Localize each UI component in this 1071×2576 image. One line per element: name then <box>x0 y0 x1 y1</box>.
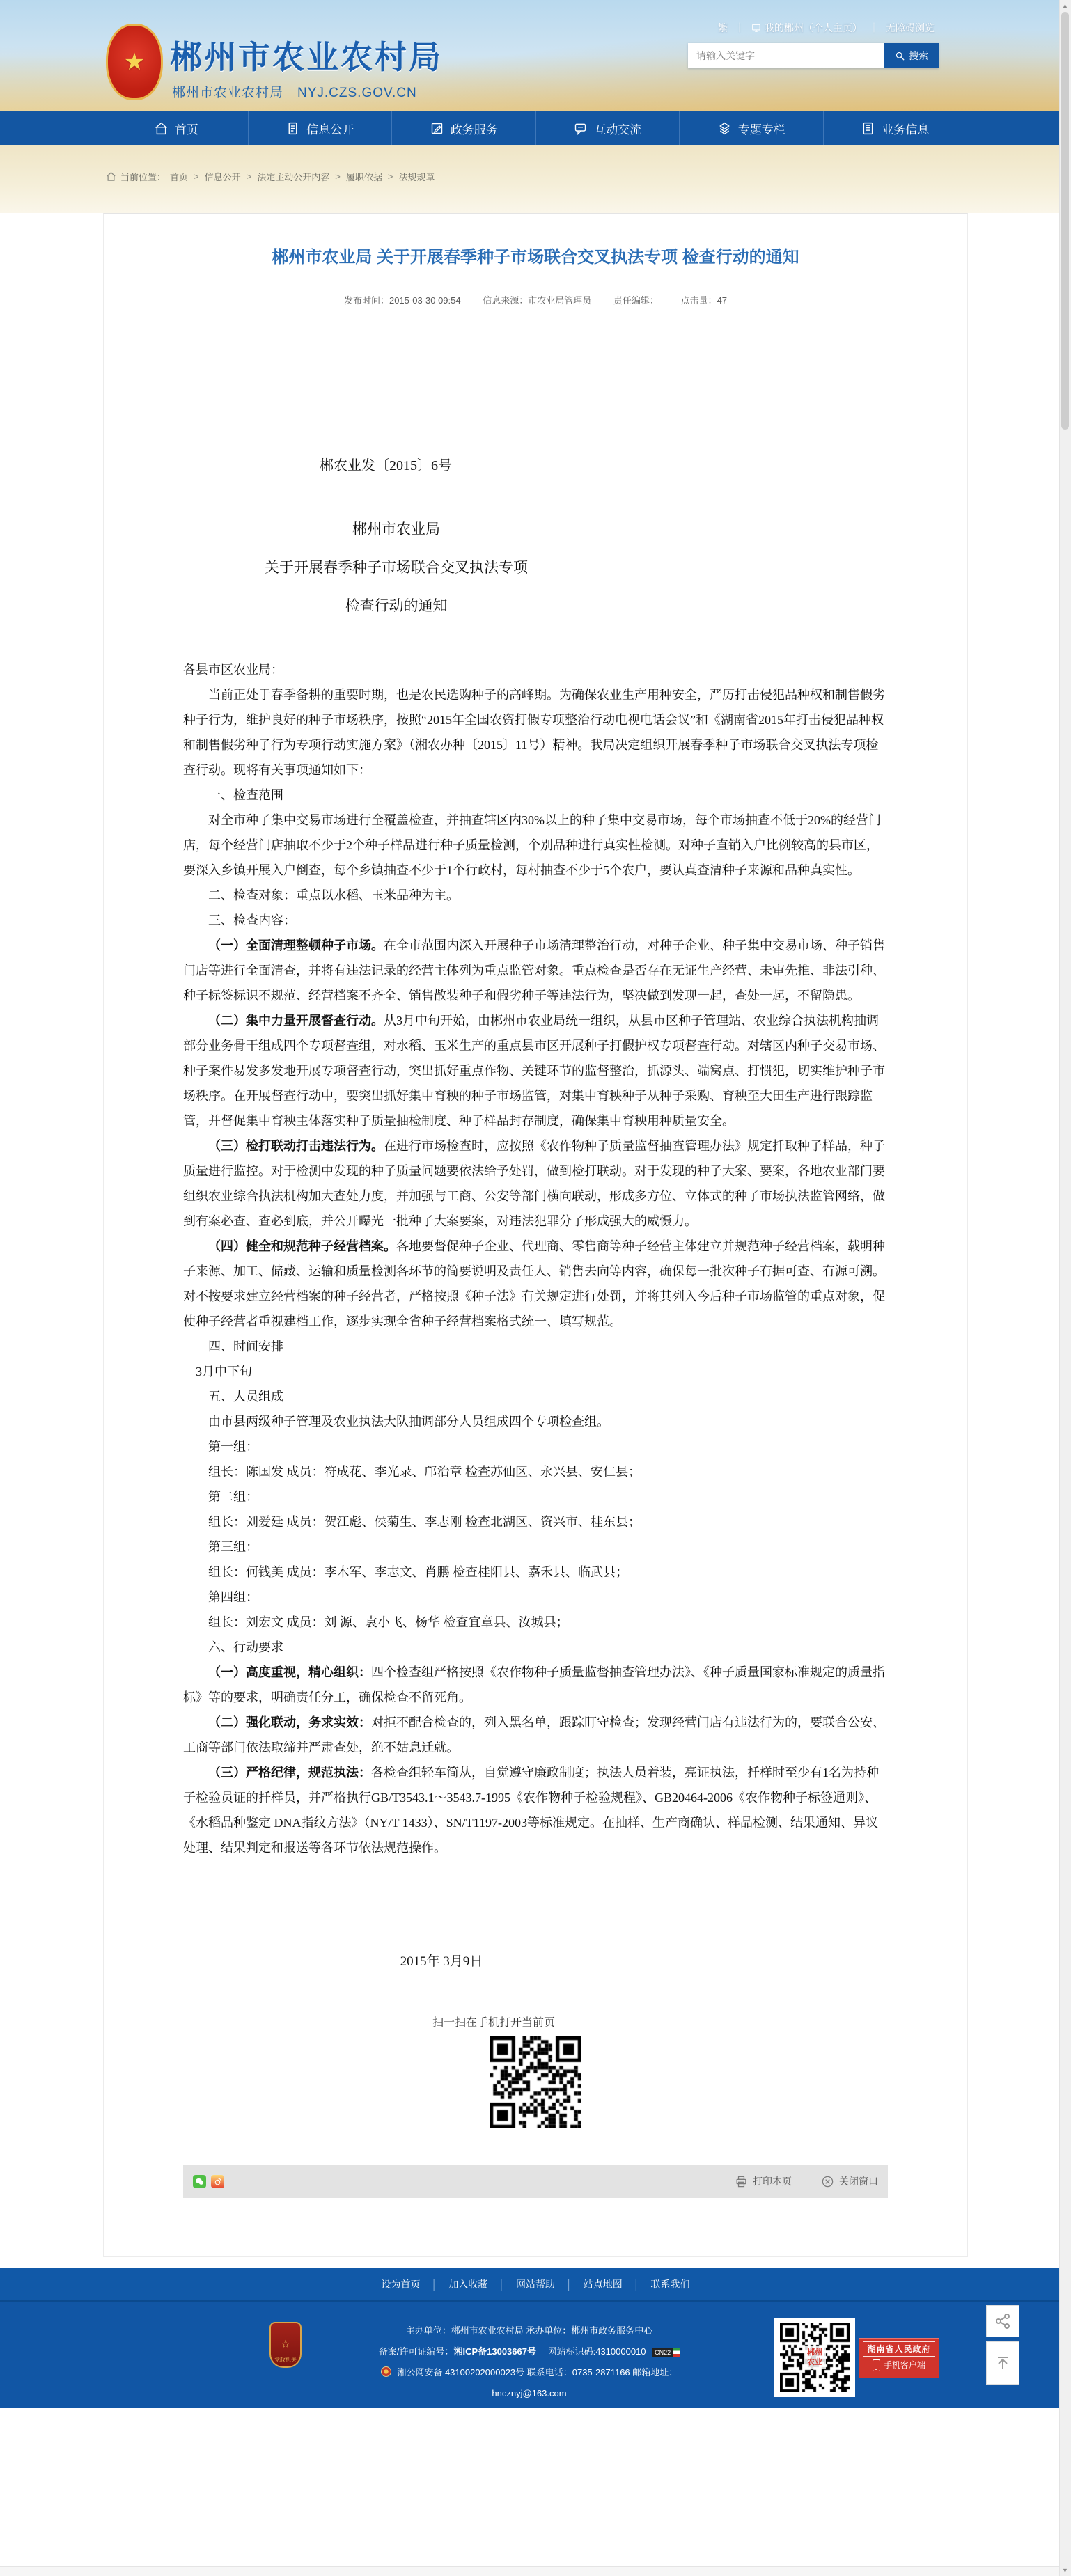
page: ★ 郴州市农业农村局 郴州市农业农村局 NYJ.CZS.GOV.CN 繁｜我的郴… <box>0 0 1071 2576</box>
nav-item-label: 信息公开 <box>306 120 354 137</box>
doc-paragraph: 三、检查内容： <box>183 908 888 933</box>
document-title-line: 郴州市农业局 <box>183 510 609 549</box>
badge-star-icon: ☆ <box>281 2339 290 2350</box>
icp-number[interactable]: 湘ICP备13003667号 <box>453 2346 536 2357</box>
site-code: 网站标识码:4310000010 <box>548 2346 646 2357</box>
top-link[interactable]: 无障碍浏览 <box>886 21 935 35</box>
home-icon <box>106 171 116 182</box>
footer-icp-line: 备案/许可证编号：湘ICP备13003667号 网站标识码:4310000010… <box>292 2341 766 2362</box>
doc-paragraph: （三）严格纪律，规范执法：各检查组轻车简从，自觉遵守廉政制度；执法人员着装，亮证… <box>183 1760 888 1860</box>
doc-paragraph: 第三组： <box>183 1534 888 1560</box>
footer-organizer-line: 主办单位：郴州市农业农村局 承办单位：郴州市政务服务中心 <box>292 2320 766 2341</box>
top-link[interactable]: 我的郴州（个人主页） <box>751 21 862 35</box>
breadcrumb-strip: 当前位置：首页>信息公开>法定主动公开内容>履职依据>法规规章 <box>0 145 1071 213</box>
doc-paragraph: 一、检查范围 <box>183 783 888 808</box>
top-link-label: 无障碍浏览 <box>886 21 935 35</box>
info-source: 信息来源：市农业局管理员 <box>483 295 591 306</box>
title-divider <box>122 322 949 322</box>
breadcrumb-separator: > <box>335 171 341 182</box>
footer-link[interactable]: 设为首页 <box>382 2277 421 2291</box>
floating-buttons <box>986 2305 1019 2389</box>
public-security-icon <box>381 2366 391 2377</box>
breadcrumb-item[interactable]: 信息公开 <box>205 170 241 183</box>
article-title: 郴州市农业局 关于开展春季种子市场联合交叉执法专项 检查行动的通知 <box>183 246 888 269</box>
scrollbar-thumb[interactable] <box>1061 12 1069 430</box>
search-icon <box>895 51 905 61</box>
doc-paragraph: 组长：何钱美 成员：李木军、李志文、肖鹏 检查桂阳县、嘉禾县、临武县； <box>183 1560 888 1585</box>
scroll-up-arrow[interactable]: ▲ <box>1060 0 1070 11</box>
footer-qr-code: 郴州农业 <box>774 2318 855 2397</box>
nav-item-label: 政务服务 <box>451 120 498 137</box>
home-icon <box>154 121 169 136</box>
paragraph-lead: （二）强化联动，务求实效： <box>208 1715 371 1729</box>
paragraph-lead: （三）检打联动打击违法行为。 <box>208 1139 384 1153</box>
nav-item-互动交流[interactable]: 互动交流 <box>535 111 680 145</box>
nav-item-label: 专题专栏 <box>738 120 785 137</box>
document-title-block: 郴州市农业局关于开展春季种子市场联合交叉执法专项检查行动的通知 <box>183 510 609 625</box>
nav-item-政务服务[interactable]: 政务服务 <box>391 111 535 145</box>
pencil-icon <box>430 121 444 136</box>
paragraph-lead: （一）全面清理整顿种子市场。 <box>208 938 384 952</box>
footer-link-separator: │ <box>634 2279 640 2290</box>
document-number: 郴农业发〔2015〕6号 <box>183 453 588 478</box>
doc-paragraph: 各县市区农业局： <box>183 657 888 682</box>
search-bar: 搜索 <box>688 43 939 68</box>
doc-paragraph: （四）健全和规范种子经营档案。各地要督促种子企业、代理商、零售商等种子经营主体建… <box>183 1234 888 1334</box>
top-link[interactable]: 繁 <box>718 21 728 35</box>
close-icon <box>821 2175 834 2188</box>
breadcrumb-item[interactable]: 法定主动公开内容 <box>257 170 329 183</box>
content-card: 郴州市农业局 关于开展春季种子市场联合交叉执法专项 检查行动的通知 发布时间：2… <box>103 213 968 2257</box>
document-title-line: 检查行动的通知 <box>183 587 609 625</box>
qr-seal-text: 郴州农业 <box>804 2346 826 2369</box>
breadcrumb-separator: > <box>388 171 393 182</box>
main-nav: 首页信息公开政务服务互动交流专题专栏业务信息 <box>0 111 1071 145</box>
nav-item-信息公开[interactable]: 信息公开 <box>248 111 392 145</box>
doc-paragraph: 组长：陈国发 成员：符成花、李光录、邝治章 检查苏仙区、永兴县、安仁县； <box>183 1459 888 1484</box>
publish-time: 发布时间：2015-03-30 09:54 <box>344 295 461 306</box>
footer-link-separator: │ <box>499 2279 505 2290</box>
mobile-client-label: 手机客户端 <box>884 2357 925 2373</box>
arrow-up-icon <box>994 2355 1011 2371</box>
top-link-label: 繁 <box>718 21 728 35</box>
chat-icon <box>573 121 588 136</box>
document-title-line: 关于开展春季种子市场联合交叉执法专项 <box>183 549 609 587</box>
national-emblem-logo: ★ <box>106 24 163 100</box>
header-top-links: 繁｜我的郴州（个人主页）｜无障碍浏览 <box>718 21 935 35</box>
hit-count: 点击量：47 <box>681 295 727 306</box>
search-button[interactable]: 搜索 <box>884 43 939 68</box>
footer-link[interactable]: 网站帮助 <box>516 2277 555 2291</box>
doc-paragraph: 第一组： <box>183 1434 888 1459</box>
doc-paragraph: 由市县两级种子管理及农业执法大队抽调部分人员组成四个专项检查组。 <box>183 1409 888 1434</box>
back-to-top-button[interactable] <box>986 2341 1019 2385</box>
search-button-label: 搜索 <box>909 49 928 63</box>
nav-item-业务信息[interactable]: 业务信息 <box>823 111 967 145</box>
printer-icon <box>735 2175 748 2188</box>
doc-paragraph: 第二组： <box>183 1484 888 1509</box>
breadcrumb: 当前位置：首页>信息公开>法定主动公开内容>履职依据>法规规章 <box>0 145 1071 183</box>
paragraph-lead: （二）集中力量开展督查行动。 <box>208 1014 384 1028</box>
document: 郴农业发〔2015〕6号 郴州市农业局关于开展春季种子市场联合交叉执法专项检查行… <box>183 453 888 1974</box>
top-link-label: 我的郴州（个人主页） <box>765 21 862 35</box>
site-title: 郴州市农业农村局 <box>170 32 443 78</box>
footer-link[interactable]: 联系我们 <box>651 2277 690 2291</box>
document-body: 各县市区农业局：当前正处于春季备耕的重要时期，也是农民选购种子的高峰期。为确保农… <box>183 657 888 1860</box>
footer-security-line: 湘公网安备 43100202000023号 联系电话：0735-2871166 … <box>292 2362 766 2383</box>
nav-item-label: 首页 <box>175 120 198 137</box>
footer-email[interactable]: hncznyj@163.com <box>292 2383 766 2404</box>
doc-paragraph: 四、时间安排 <box>183 1334 888 1359</box>
footer-link[interactable]: 站点地图 <box>584 2277 623 2291</box>
close-window-button[interactable]: 关闭窗口 <box>821 2174 878 2188</box>
monitor-icon <box>751 23 761 33</box>
wechat-share-icon[interactable] <box>193 2175 206 2188</box>
footer-link[interactable]: 加入收藏 <box>448 2277 487 2291</box>
weibo-share-icon[interactable] <box>211 2175 224 2188</box>
breadcrumb-item[interactable]: 履职依据 <box>346 170 382 183</box>
toolbar-actions: 打印本页 关闭窗口 <box>735 2174 878 2188</box>
footer-info: 主办单位：郴州市农业农村局 承办单位：郴州市政务服务中心 备案/许可证编号：湘I… <box>292 2320 766 2404</box>
document-icon <box>286 121 300 136</box>
scroll-down-arrow[interactable]: ▼ <box>1060 2565 1070 2576</box>
hunan-gov-label: 湖南省人民政府 <box>863 2341 935 2357</box>
top-link-separator: ｜ <box>735 21 744 35</box>
paragraph-lead: （三）严格纪律，规范执法： <box>208 1766 371 1780</box>
emblem-star-icon: ★ <box>124 50 145 74</box>
doc-paragraph: 六、行动要求 <box>183 1635 888 1660</box>
share-nodes-icon <box>994 2313 1011 2330</box>
top-link-separator: ｜ <box>869 21 879 35</box>
mobile-client-badge[interactable]: 湖南省人民政府 手机客户端 <box>859 2338 939 2378</box>
doc-paragraph: （一）全面清理整顿种子市场。在全市范围内深入开展种子市场清理整治行动，对种子企业… <box>183 933 888 1008</box>
breadcrumb-item: 法规规章 <box>398 170 435 183</box>
doc-paragraph: 二、检查对象：重点以水稻、玉米品种为主。 <box>183 883 888 908</box>
footer-links-bar: 设为首页│加入收藏│网站帮助│站点地图│联系我们 <box>0 2268 1071 2300</box>
doc-paragraph: 五、人员组成 <box>183 1384 888 1409</box>
nav-item-首页[interactable]: 首页 <box>104 111 248 145</box>
doc-paragraph: 组长：刘宏文 成员：刘 源、袁小飞、杨华 检查宜章县、汝城县； <box>183 1610 888 1635</box>
paragraph-lead: （四）健全和规范种子经营档案。 <box>208 1239 396 1253</box>
doc-lines-icon <box>861 121 875 136</box>
site-footer: ☆ 党政机关 主办单位：郴州市农业农村局 承办单位：郴州市政务服务中心 备案/许… <box>0 2302 1071 2408</box>
icp-badge-icon[interactable]: CN22 <box>652 2348 680 2357</box>
qr-caption: 扫一扫在手机打开当前页 <box>183 2013 804 2029</box>
article-meta: 发布时间：2015-03-30 09:54 信息来源：市农业局管理员 责任编辑：… <box>183 293 888 306</box>
breadcrumb-separator: > <box>247 171 252 182</box>
breadcrumb-prefix: 当前位置： <box>120 170 166 183</box>
doc-paragraph: 组长：刘爱廷 成员：贺江彪、侯菊生、李志刚 检查北湖区、资兴市、桂东县； <box>183 1509 888 1534</box>
document-date: 2015年 3月9日 <box>183 1949 700 1974</box>
bottom-toolbar: 打印本页 关闭窗口 <box>183 2165 888 2198</box>
footer-link-separator: │ <box>566 2279 572 2290</box>
site-header: ★ 郴州市农业农村局 郴州市农业农村局 NYJ.CZS.GOV.CN 繁｜我的郴… <box>0 0 1071 145</box>
doc-paragraph: （三）检打联动打击违法行为。在进行市场检查时，应按照《农作物种子质量监督抽查管理… <box>183 1133 888 1234</box>
vertical-scrollbar[interactable]: ▲ ▼ <box>1059 0 1071 2576</box>
layers-icon <box>717 121 732 136</box>
nav-item-label: 业务信息 <box>882 120 929 137</box>
nav-item-label: 互动交流 <box>594 120 641 137</box>
doc-paragraph: 对全市种子集中交易市场进行全覆盖检查，并抽查辖区内30%以上的种子集中交易市场，… <box>183 808 888 883</box>
search-input[interactable] <box>688 43 884 68</box>
doc-paragraph: （二）集中力量开展督查行动。从3月中旬开始，由郴州市农业局统一组织，从县市区种子… <box>183 1008 888 1133</box>
breadcrumb-item[interactable]: 首页 <box>170 170 188 183</box>
footer-link-separator: │ <box>432 2279 438 2290</box>
share-button[interactable] <box>986 2305 1019 2337</box>
doc-paragraph: 当前正处于春季备耕的重要时期，也是农民选购种子的高峰期。为确保农业生产用种安全，… <box>183 682 888 783</box>
nav-item-专题专栏[interactable]: 专题专栏 <box>679 111 823 145</box>
doc-paragraph: （一）高度重视，精心组织：四个检查组严格按照《农作物种子质量监督抽查管理办法》、… <box>183 1660 888 1710</box>
print-button[interactable]: 打印本页 <box>735 2174 792 2188</box>
doc-paragraph: （二）强化联动，务求实效：对拒不配合检查的，列入黑名单，跟踪盯守检查；发现经营门… <box>183 1710 888 1760</box>
site-subtitle: 郴州市农业农村局 NYJ.CZS.GOV.CN <box>172 82 417 101</box>
editor: 责任编辑： <box>613 295 659 306</box>
breadcrumb-separator: > <box>194 171 199 182</box>
doc-paragraph: 第四组： <box>183 1585 888 1610</box>
phone-icon <box>873 2359 880 2371</box>
horizontal-scrollbar[interactable] <box>0 2566 1060 2576</box>
doc-paragraph: 3月中下旬 <box>183 1359 888 1384</box>
paragraph-lead: （一）高度重视，精心组织： <box>208 1665 371 1679</box>
page-qr-code <box>490 2036 581 2128</box>
